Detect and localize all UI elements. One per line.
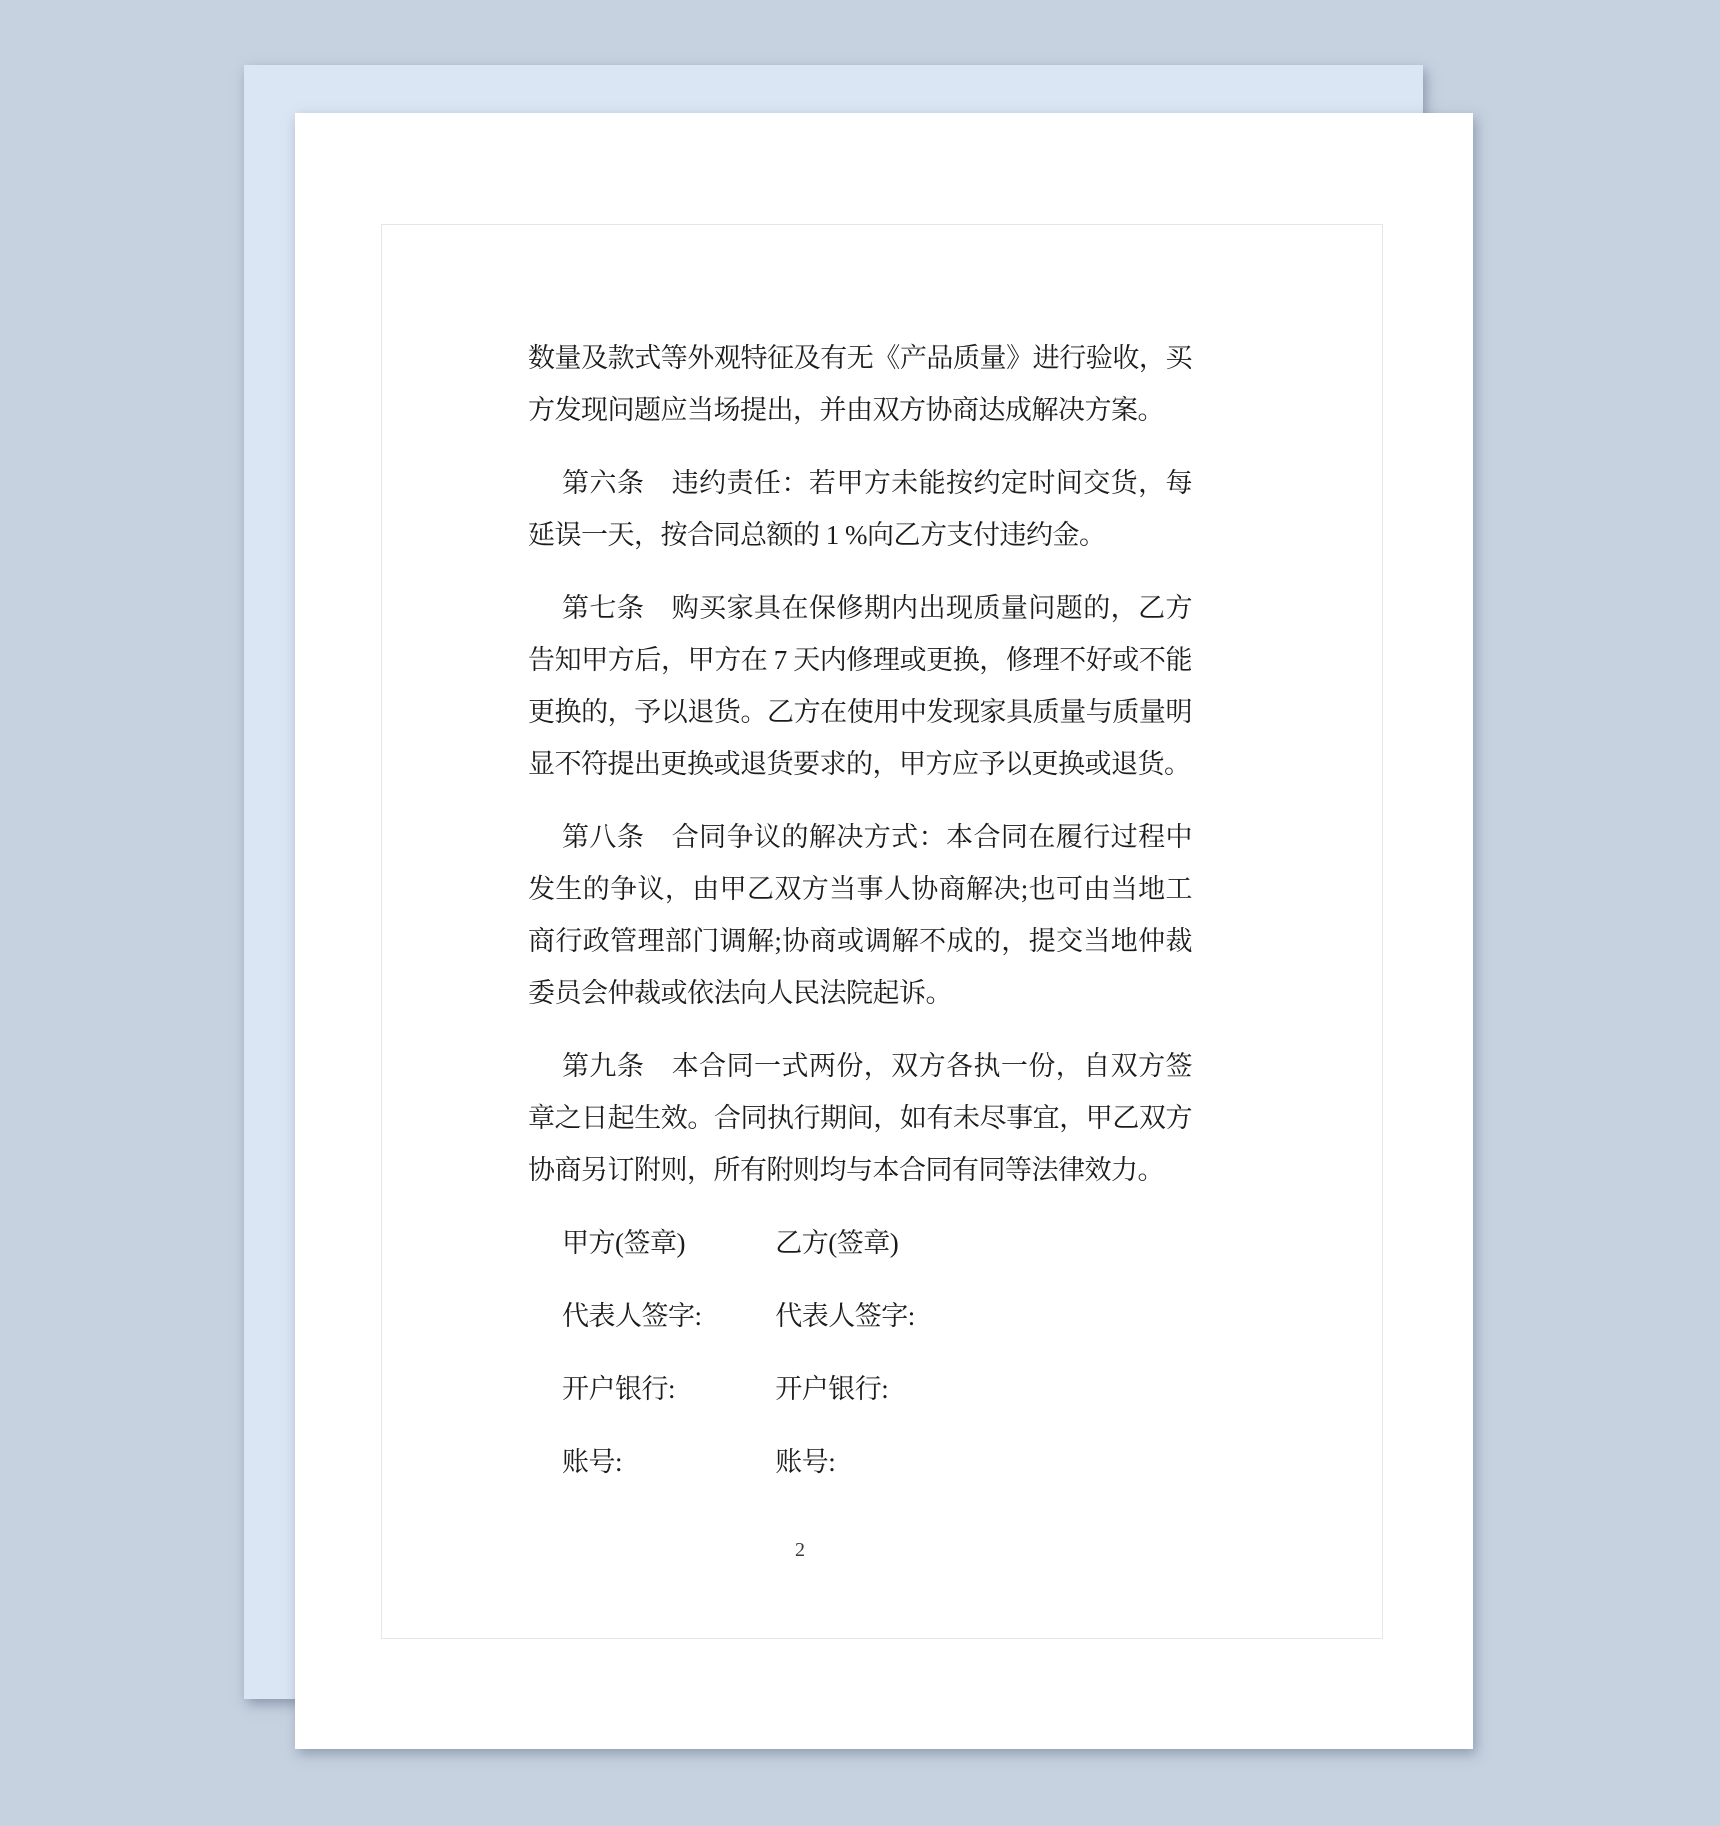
party-a-bank-label: 开户银行: bbox=[562, 1363, 769, 1415]
contract-paragraph-article-7: 第七条 购买家具在保修期内出现质量问题的，乙方告知甲方后，甲方在 7 天内修理或… bbox=[528, 582, 1192, 790]
document-page: 数量及款式等外观特征及有无《产品质量》进行验收，买方发现问题应当场提出，并由双方… bbox=[295, 113, 1473, 1749]
party-a-representative-signature-label: 代表人签字: bbox=[562, 1290, 769, 1342]
party-b-representative-signature-label: 代表人签字: bbox=[775, 1290, 915, 1342]
signature-row-representative: 代表人签字: 代表人签字: bbox=[528, 1290, 1192, 1342]
signature-row-bank: 开户银行: 开户银行: bbox=[528, 1363, 1192, 1415]
contract-paragraph-article-9: 第九条 本合同一式两份，双方各执一份，自双方签章之日起生效。合同执行期间，如有未… bbox=[528, 1040, 1192, 1196]
signature-row-account: 账号: 账号: bbox=[528, 1436, 1192, 1488]
contract-paragraph-article-6: 第六条 违约责任：若甲方未能按约定时间交货，每延误一天，按合同总额的 1 %向乙… bbox=[528, 457, 1192, 561]
document-content: 数量及款式等外观特征及有无《产品质量》进行验收，买方发现问题应当场提出，并由双方… bbox=[528, 332, 1192, 1509]
party-b-seal-label: 乙方(签章) bbox=[775, 1217, 898, 1269]
signature-row-seal: 甲方(签章) 乙方(签章) bbox=[528, 1217, 1192, 1269]
party-b-bank-label: 开户银行: bbox=[775, 1363, 888, 1415]
contract-paragraph-article-8: 第八条 合同争议的解决方式：本合同在履行过程中发生的争议，由甲乙双方当事人协商解… bbox=[528, 811, 1192, 1019]
contract-paragraph-continuation: 数量及款式等外观特征及有无《产品质量》进行验收，买方发现问题应当场提出，并由双方… bbox=[528, 332, 1192, 436]
party-b-account-label: 账号: bbox=[775, 1436, 835, 1488]
party-a-seal-label: 甲方(签章) bbox=[562, 1217, 769, 1269]
workspace-background: 数量及款式等外观特征及有无《产品质量》进行验收，买方发现问题应当场提出，并由双方… bbox=[0, 0, 1720, 1826]
page-number: 2 bbox=[790, 1537, 810, 1563]
party-a-account-label: 账号: bbox=[562, 1436, 769, 1488]
